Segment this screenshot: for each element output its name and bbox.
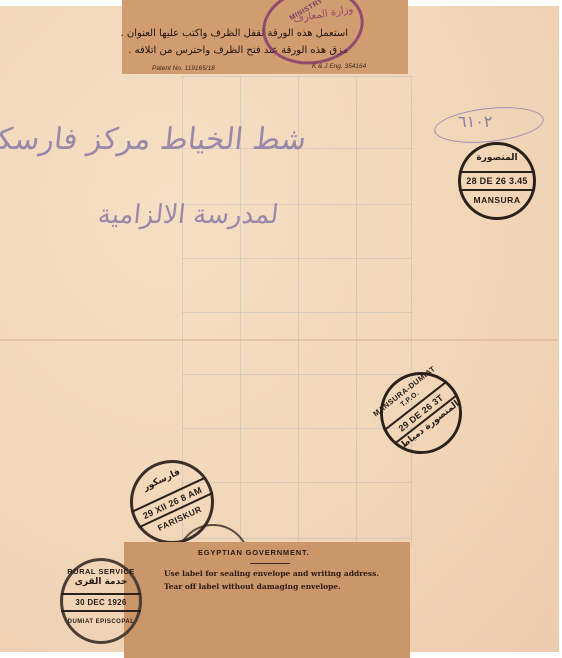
handwritten-address-line-2: لمدرسة الالزامية [96, 200, 280, 230]
label-instruction-2: Tear off label without damaging envelope… [164, 582, 341, 591]
postmark-mansura: المنصورة 28 DE 26 3.45 MANSURA [458, 142, 536, 220]
label-instruction-1: Use label for sealing envelope and writi… [164, 569, 379, 578]
label-heading: EGYPTIAN GOVERNMENT. [198, 548, 309, 557]
reference-number: ٦١٠٢ [458, 112, 492, 131]
bottom-sealing-label: EGYPTIAN GOVERNMENT. Use label for seali… [124, 542, 410, 658]
patent-number: Patent No. 119165/18 [152, 65, 215, 72]
postmark-rural-service: RURAL SERVICE خدمة القرى 30 DEC 1926 DUM… [60, 558, 142, 644]
engraver-mark: K & J Eng. 354164 [312, 63, 366, 70]
label-rule [250, 563, 290, 564]
handwritten-address-line-1: شط الخياط مركز فارسكور [0, 122, 308, 157]
